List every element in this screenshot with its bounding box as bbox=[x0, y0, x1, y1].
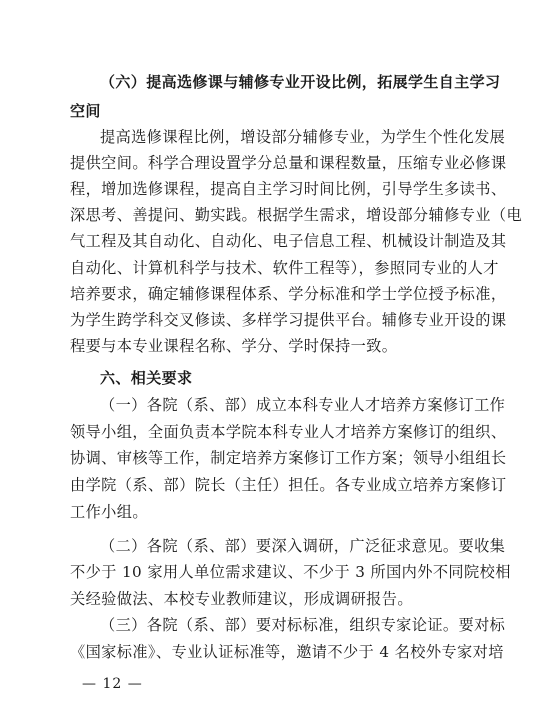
paragraph-line: 《国家标准》、专业认证标准等，邀请不少于 4 名校外专家对培 bbox=[70, 641, 482, 663]
paragraph-line: 程，增加选修课程，提高自主学习时间比例，引导学生多读书、 bbox=[70, 178, 482, 200]
paragraph-line: 提高选修课程比例，增设部分辅修专业，为学生个性化发展 bbox=[100, 126, 482, 148]
paragraph-line: 由学院（系、部）院长（主任）担任。各专业成立培养方案修订 bbox=[70, 474, 482, 496]
paragraph-line: 工作小组。 bbox=[70, 501, 482, 523]
paragraph-line: （三）各院（系、部）要对标标准，组织专家论证。要对标 bbox=[100, 614, 482, 636]
document-page: （六）提高选修课与辅修专业开设比例，拓展学生自主学习 空间 提高选修课程比例，增… bbox=[0, 0, 552, 714]
chapter-heading: 六、相关要求 bbox=[100, 367, 482, 389]
paragraph-line: 协调、审核等工作，制定培养方案修订工作方案；领导小组组长 bbox=[70, 447, 482, 469]
paragraph-line: （一）各院（系、部）成立本科专业人才培养方案修订工作 bbox=[100, 394, 482, 416]
page-number: — 12 — bbox=[82, 675, 143, 693]
section-heading: （六）提高选修课与辅修专业开设比例，拓展学生自主学习 bbox=[100, 71, 482, 93]
paragraph-line: 为学生跨学科交叉修读、多样学习提供平台。辅修专业开设的课 bbox=[70, 309, 482, 331]
section-heading-continued: 空间 bbox=[70, 100, 482, 122]
paragraph-line: 气工程及其自动化、自动化、电子信息工程、机械设计制造及其 bbox=[70, 230, 482, 252]
paragraph-line: 不少于 10 家用人单位需求建议、不少于 3 所国内外不同院校相 bbox=[70, 561, 482, 583]
paragraph-line: 关经验做法、本校专业教师建议，形成调研报告。 bbox=[70, 588, 482, 610]
paragraph-line: 领导小组，全面负责本学院本科专业人才培养方案修订的组织、 bbox=[70, 421, 482, 443]
paragraph-line: 自动化、计算机科学与技术、软件工程等），参照同专业的人才 bbox=[70, 257, 482, 279]
paragraph-line: 培养要求，确定辅修课程体系、学分标准和学士学位授予标准， bbox=[70, 283, 482, 305]
paragraph-line: 程要与本专业课程名称、学分、学时保持一致。 bbox=[70, 335, 482, 357]
paragraph-line: 提供空间。科学合理设置学分总量和课程数量，压缩专业必修课 bbox=[70, 152, 482, 174]
paragraph-line: （二）各院（系、部）要深入调研，广泛征求意见。要收集 bbox=[100, 535, 482, 557]
paragraph-line: 深思考、善提问、勤实践。根据学生需求，增设部分辅修专业（电 bbox=[70, 204, 482, 226]
